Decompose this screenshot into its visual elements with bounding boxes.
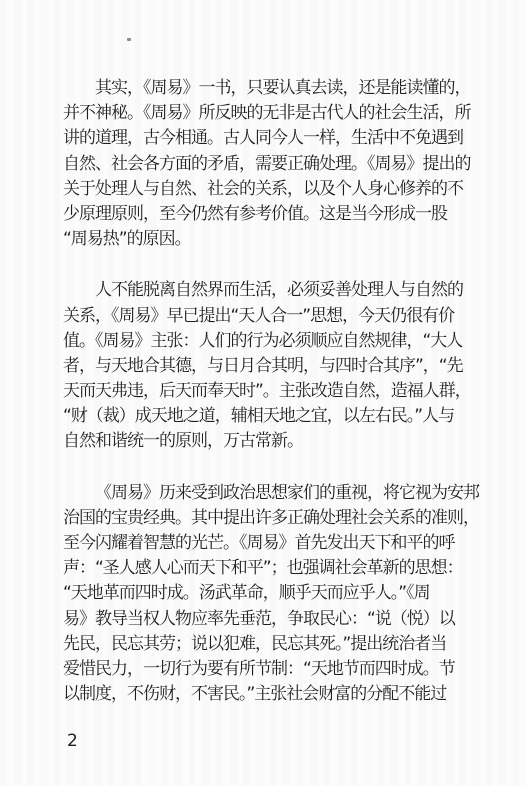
book-page: 其实，《周易》一书，只要认真去读，还是能读懂的， 并不神秘。《周易》所反映的无非… [0, 0, 525, 786]
text-line: 天而天弗违，后天而奉天时”。主张改造自然，造福人群， [63, 379, 477, 404]
text-line: “周易热”的原因。 [63, 227, 477, 252]
scan-speck [127, 38, 131, 41]
text-line: “天地革而四时成。汤武革命，顺乎天而应乎人。”《周 [63, 581, 477, 606]
text-line: 以制度，不伤财，不害民。”主张社会财富的分配不能过 [63, 682, 477, 707]
text-line: 人不能脱离自然界而生活，必须妥善处理人与自然的 [63, 278, 477, 303]
paragraph-2: 人不能脱离自然界而生活，必须妥善处理人与自然的 关系，《周易》早已提出“天人合一… [63, 278, 477, 454]
text-line: 讲的道理，古今相通。古人同今人一样，生活中不免遇到 [63, 126, 477, 151]
text-line: 其实，《周易》一书，只要认真去读，还是能读懂的， [63, 76, 477, 101]
text-block: 其实，《周易》一书，只要认真去读，还是能读懂的， 并不神秘。《周易》所反映的无非… [63, 76, 477, 733]
paragraph-3: 《周易》历来受到政治思想家们的重视，将它视为安邦 治国的宝贵经典。其中提出许多正… [63, 481, 477, 708]
text-line: 关于处理人与自然、社会的关系，以及个人身心修养的不 [63, 177, 477, 202]
text-line: 值。《周易》主张：人们的行为必须顺应自然规律，“大人 [63, 329, 477, 354]
text-line: 自然、社会各方面的矛盾，需要正确处理。《周易》提出的 [63, 152, 477, 177]
text-line: 至今闪耀着智慧的光芒。《周易》首先发出天下和平的呼 [63, 531, 477, 556]
text-line: “财（裁）成天地之道，辅相天地之宜，以左右民。”人与 [63, 404, 477, 429]
paragraph-1: 其实，《周易》一书，只要认真去读，还是能读懂的， 并不神秘。《周易》所反映的无非… [63, 76, 477, 252]
text-line: 治国的宝贵经典。其中提出许多正确处理社会关系的准则， [63, 506, 477, 531]
text-line: 关系，《周易》早已提出“天人合一”思想，今天仍很有价 [63, 304, 477, 329]
text-line: 少原理原则，至今仍然有参考价值。这是当今形成一股 [63, 202, 477, 227]
text-line: 并不神秘。《周易》所反映的无非是古代人的社会生活，所 [63, 101, 477, 126]
text-line: 者，与天地合其德，与日月合其明，与四时合其序”，“先 [63, 354, 477, 379]
text-line: 易》教导当权人物应率先垂范，争取民心：“说（悦）以 [63, 607, 477, 632]
text-line: 先民，民忘其劳；说以犯难，民忘其死。”提出统治者当 [63, 632, 477, 657]
text-line: 《周易》历来受到政治思想家们的重视，将它视为安邦 [63, 481, 477, 506]
text-line: 自然和谐统一的原则，万古常新。 [63, 429, 477, 454]
text-line: 爱惜民力，一切行为要有所节制：“天地节而四时成。节 [63, 657, 477, 682]
page-number: 2 [67, 731, 78, 751]
text-line: 声：“圣人感人心而天下和平”；也强调社会革新的思想： [63, 556, 477, 581]
